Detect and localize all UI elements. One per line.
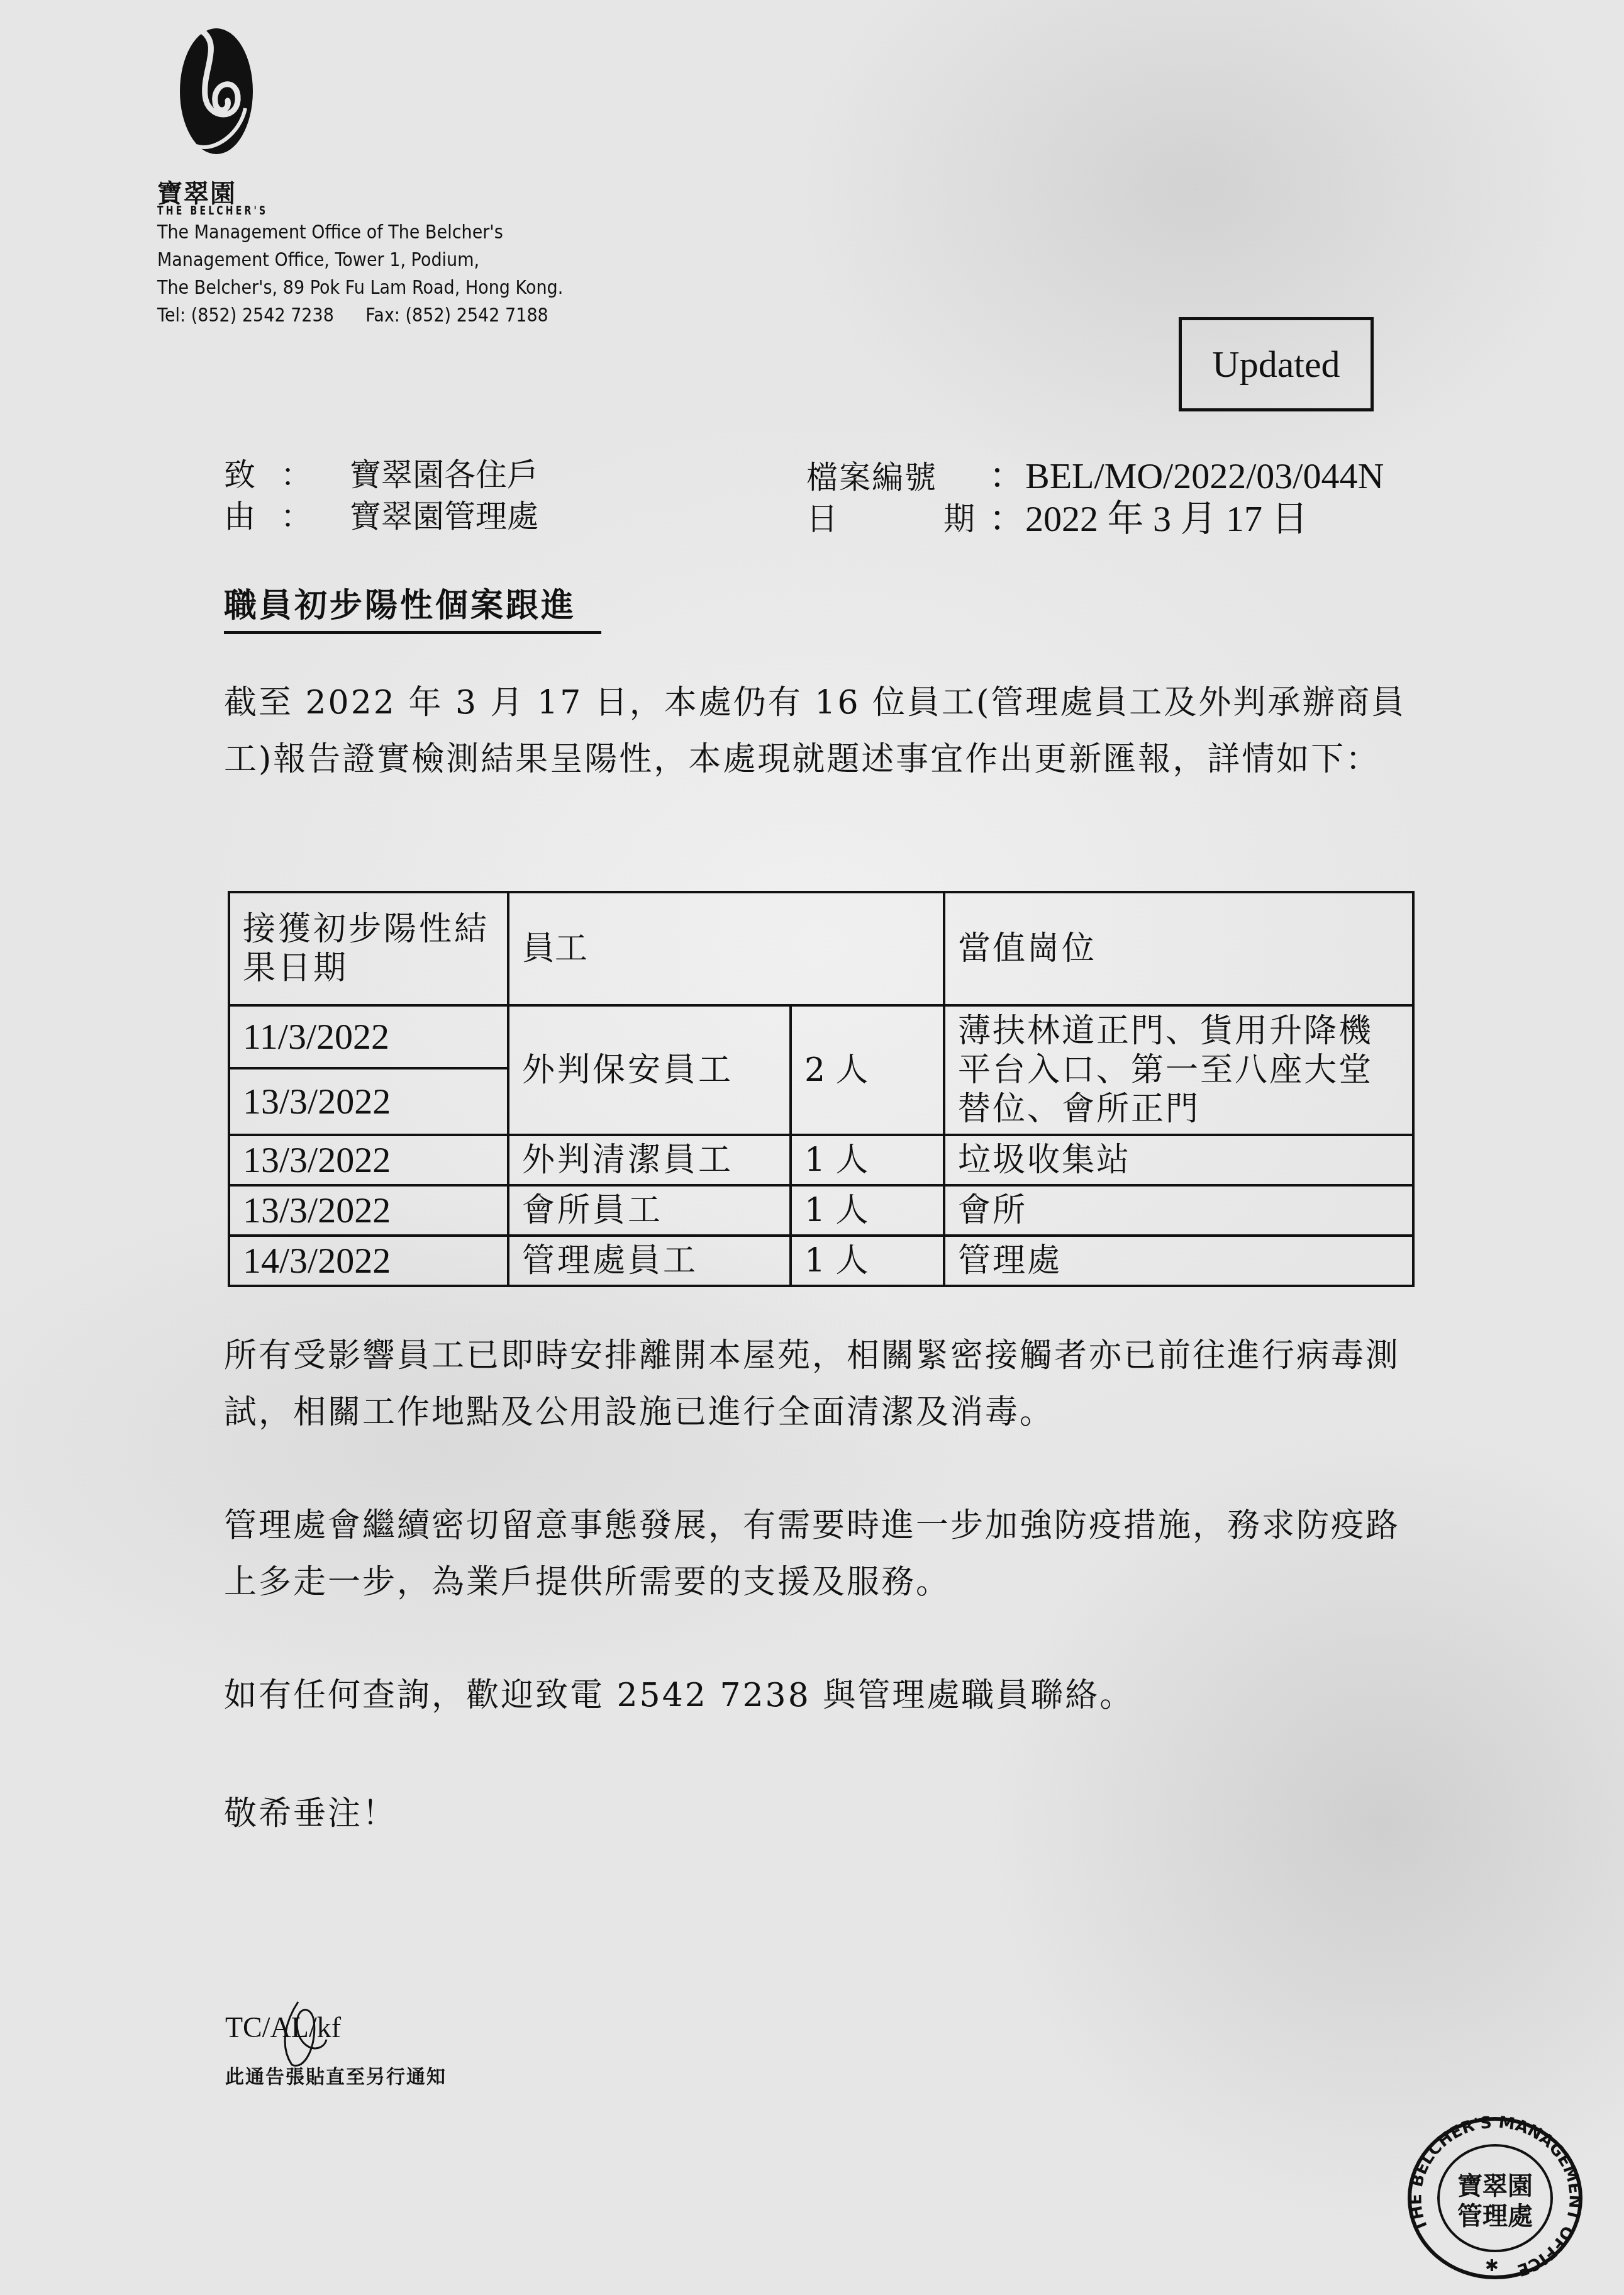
svg-text:寶翠園: 寶翠園 bbox=[1457, 2171, 1533, 2201]
count-cell: 1 人 bbox=[791, 1236, 944, 1286]
staff-cell: 會所員工 bbox=[508, 1185, 791, 1236]
positive-cases-table: 接獲初步陽性結果日期 員工 當值崗位 11/3/2022 外判保安員工 2 人 … bbox=[228, 891, 1415, 1287]
updated-badge: Updated bbox=[1179, 317, 1374, 411]
table-row: 14/3/2022 管理處員工 1 人 管理處 bbox=[229, 1236, 1413, 1286]
date-cell: 14/3/2022 bbox=[229, 1236, 508, 1286]
ref-value: ：BEL/MO/2022/03/044N bbox=[989, 455, 1384, 496]
to-value: 寶翠園各住戶 bbox=[350, 454, 538, 496]
table-row: 11/3/2022 外判保安員工 2 人 薄扶林道正門、貨用升降機平台入口、第一… bbox=[229, 1005, 1413, 1068]
header-date: 接獲初步陽性結果日期 bbox=[229, 892, 508, 1005]
monitoring-paragraph: 管理處會繼續密切留意事態發展，有需要時進一步加強防疫措施，務求防疫路上多走一步，… bbox=[224, 1497, 1406, 1611]
address-line: The Belcher's, 89 Pok Fu Lam Road, Hong … bbox=[157, 274, 563, 302]
signature-icon bbox=[279, 1996, 330, 2071]
ref-label: 檔案編號 bbox=[806, 457, 989, 498]
reference-block: 檔案編號：BEL/MO/2022/03/044N 日期：2022 年 3 月 1… bbox=[806, 455, 1384, 540]
enquiry-paragraph: 如有任何查詢，歡迎致電 2542 7238 與管理處職員聯絡。 bbox=[224, 1667, 1406, 1724]
isolation-paragraph: 所有受影響員工已即時安排離開本屋苑，相關緊密接觸者亦已前往進行病毒測試，相關工作… bbox=[224, 1327, 1406, 1441]
date-label: 日期 bbox=[806, 498, 976, 540]
count-cell: 1 人 bbox=[791, 1135, 944, 1185]
staff-cell: 管理處員工 bbox=[508, 1236, 791, 1286]
colon: ： bbox=[281, 454, 350, 496]
date-cell: 13/3/2022 bbox=[229, 1135, 508, 1185]
fax-number: Fax: (852) 2542 7188 bbox=[365, 304, 548, 327]
table-row: 13/3/2022 會所員工 1 人 會所 bbox=[229, 1185, 1413, 1236]
count-cell: 1 人 bbox=[791, 1185, 944, 1236]
tel-number: Tel: (852) 2542 7238 bbox=[157, 304, 334, 327]
post-cell: 管理處 bbox=[944, 1236, 1413, 1286]
address-line: Management Office, Tower 1, Podium, bbox=[157, 247, 563, 274]
closing-line: 敬希垂注！ bbox=[224, 1785, 1406, 1842]
svg-text:管理處: 管理處 bbox=[1457, 2201, 1533, 2231]
staff-cell: 外判清潔員工 bbox=[508, 1135, 791, 1185]
header-post: 當值崗位 bbox=[944, 892, 1413, 1005]
intro-paragraph: 截至 2022 年 3 月 17 日，本處仍有 16 位員工(管理處員工及外判承… bbox=[224, 674, 1406, 788]
post-cell: 薄扶林道正門、貨用升降機平台入口、第一至八座大堂替位、會所正門 bbox=[944, 1005, 1413, 1135]
post-cell: 垃圾收集站 bbox=[944, 1135, 1413, 1185]
table-header-row: 接獲初步陽性結果日期 員工 當值崗位 bbox=[229, 892, 1413, 1005]
svg-text:✱: ✱ bbox=[1485, 2257, 1499, 2275]
date-cell: 13/3/2022 bbox=[229, 1068, 508, 1135]
colon: ： bbox=[281, 496, 350, 537]
date-cell: 13/3/2022 bbox=[229, 1185, 508, 1236]
staff-cell: 外判保安員工 bbox=[508, 1005, 791, 1135]
recipient-block: 致：寶翠園各住戶 由：寶翠園管理處 bbox=[224, 454, 538, 537]
posting-note: 此通告張貼直至另行通知 bbox=[225, 2061, 447, 2089]
date-value: ：2022 年 3 月 17 日 bbox=[989, 498, 1308, 540]
count-cell: 2 人 bbox=[791, 1005, 944, 1135]
to-label: 致 bbox=[224, 454, 281, 496]
notice-title: 職員初步陽性個案跟進 bbox=[224, 579, 601, 634]
post-cell: 會所 bbox=[944, 1185, 1413, 1236]
letterhead-address: The Management Office of The Belcher's M… bbox=[157, 219, 563, 330]
table-row: 13/3/2022 外判清潔員工 1 人 垃圾收集站 bbox=[229, 1135, 1413, 1185]
updated-label: Updated bbox=[1212, 343, 1340, 386]
address-line: The Management Office of The Belcher's bbox=[157, 219, 563, 247]
management-office-stamp-icon: THE BELCHER'S MANAGEMENT OFFICE 寶翠園 管理處 … bbox=[1404, 2111, 1586, 2281]
belchers-logo-icon bbox=[177, 26, 255, 156]
header-staff: 員工 bbox=[508, 892, 944, 1005]
date-cell: 11/3/2022 bbox=[229, 1005, 508, 1068]
from-value: 寶翠園管理處 bbox=[350, 496, 538, 537]
logo-english-name: THE BELCHER'S bbox=[157, 203, 268, 218]
from-label: 由 bbox=[224, 496, 281, 537]
